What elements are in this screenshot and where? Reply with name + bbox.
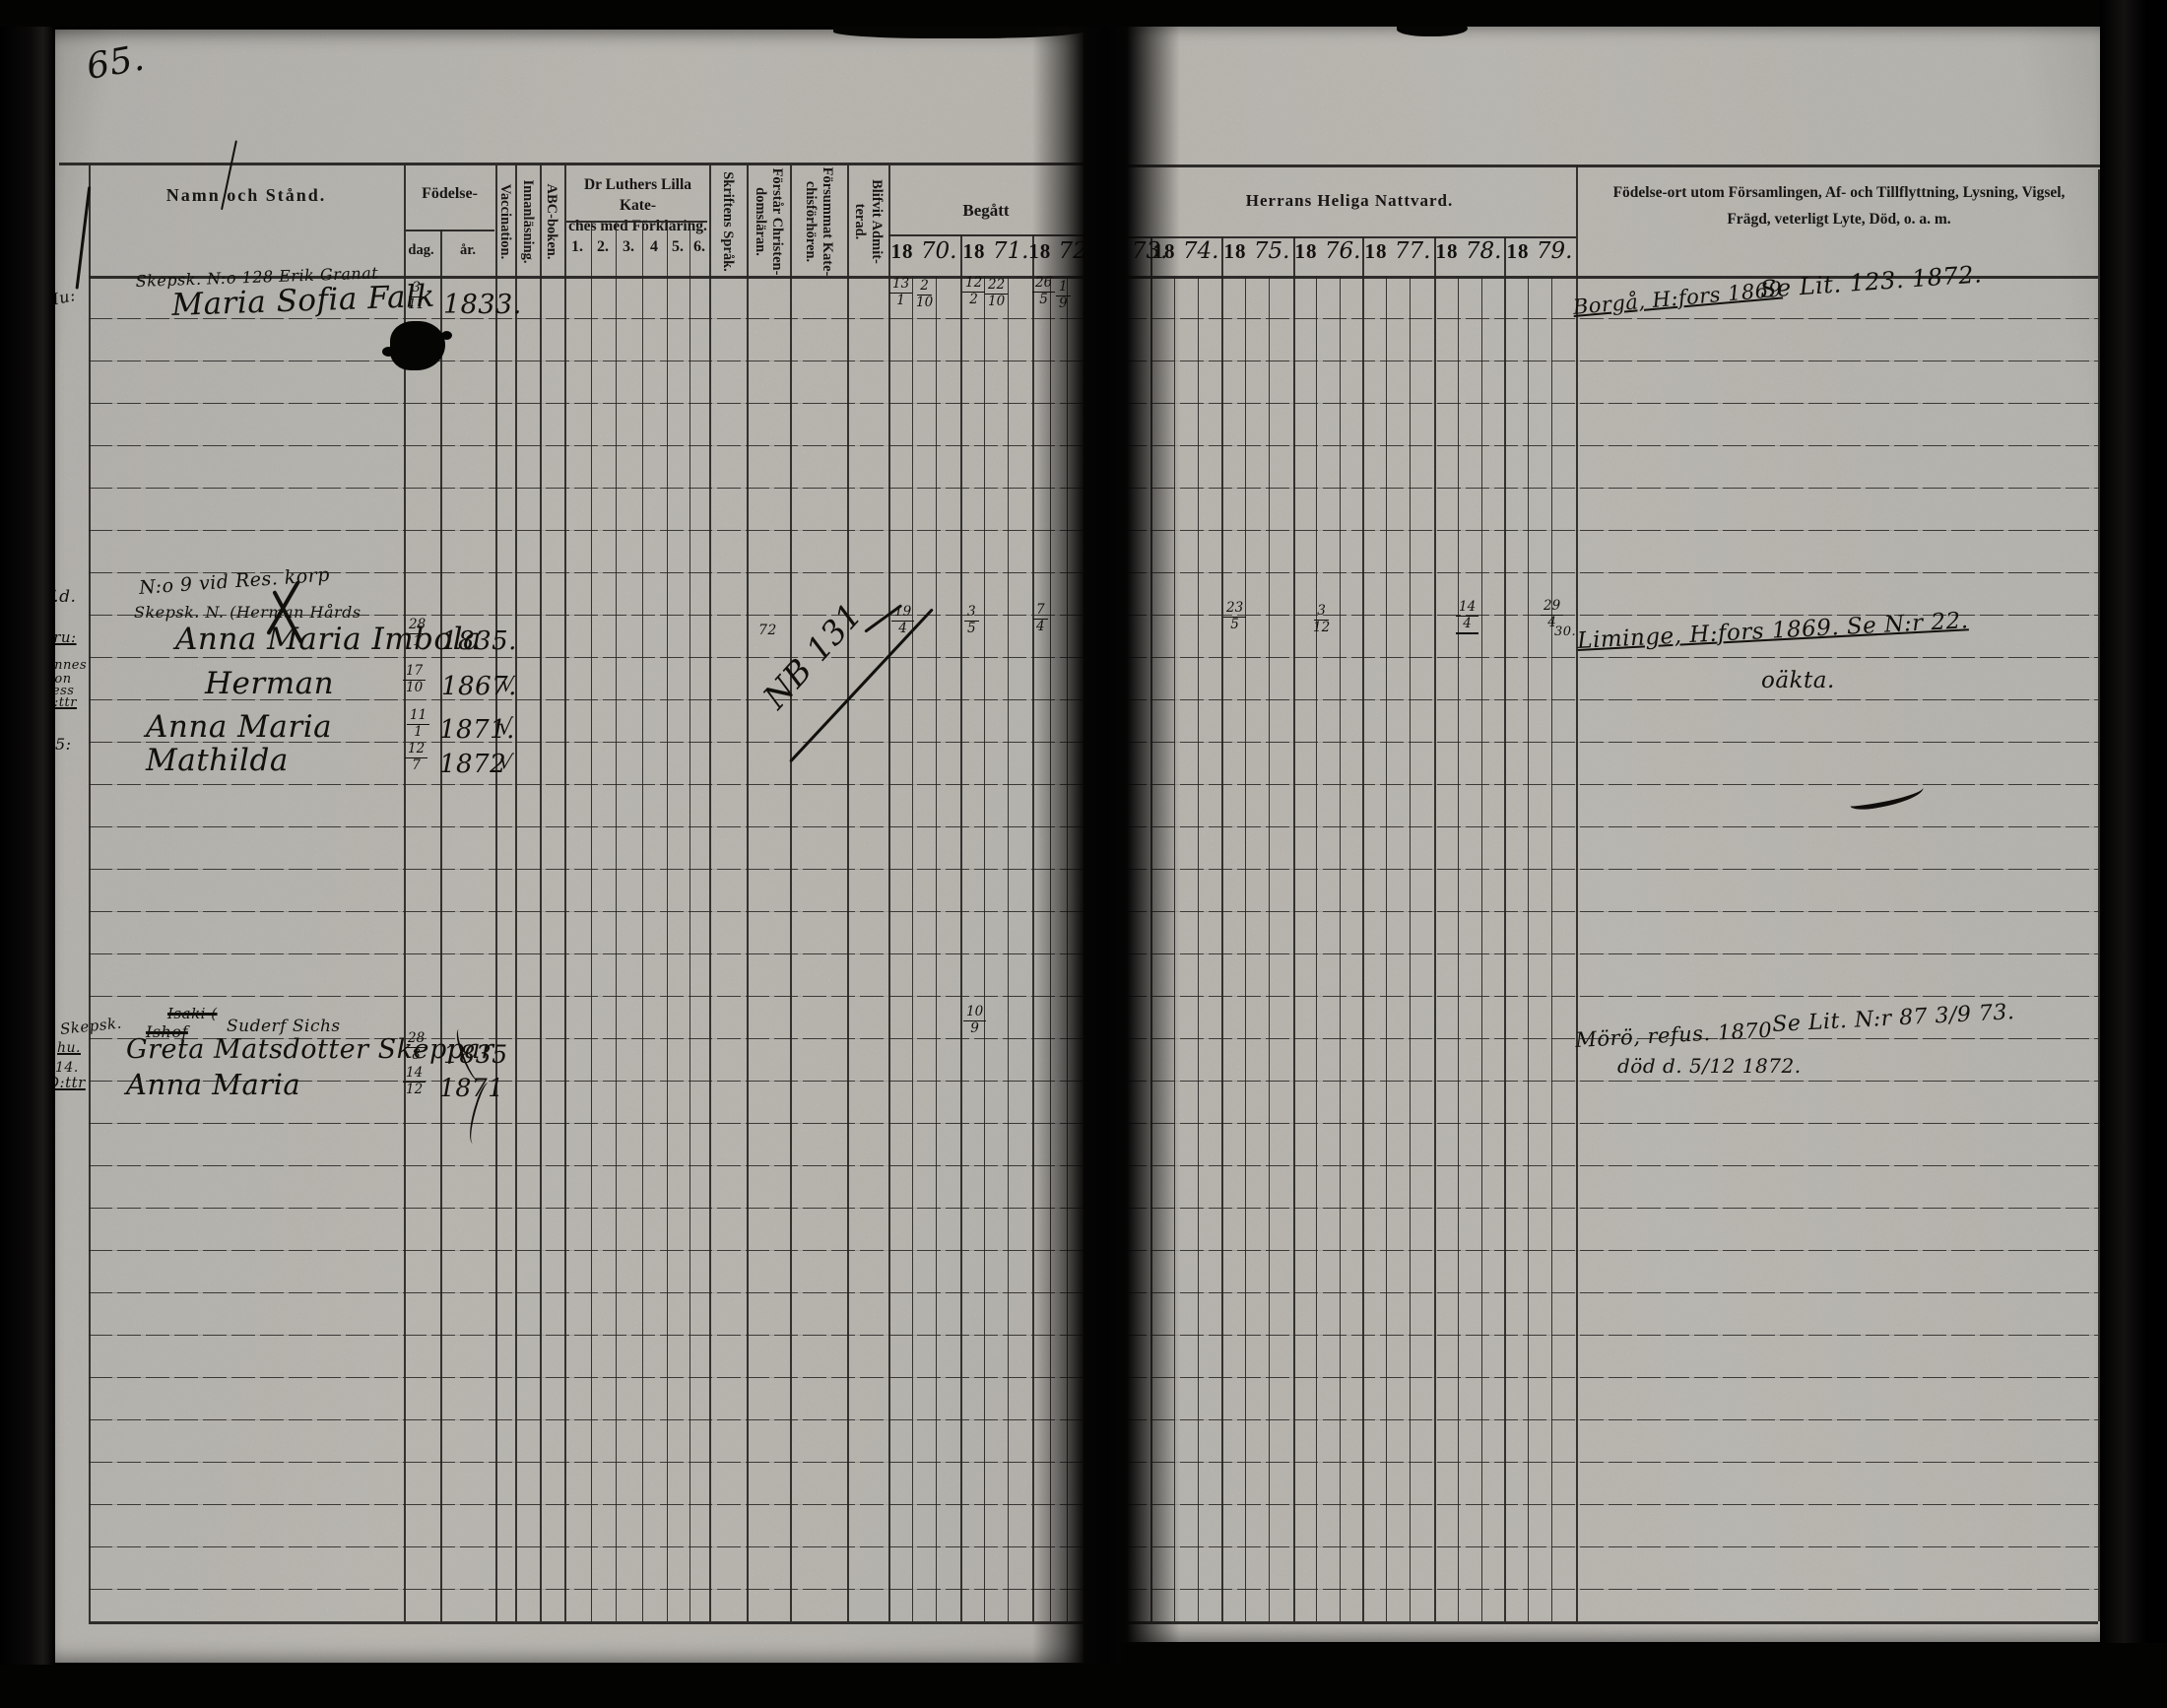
book-gutter [1032, 0, 1180, 1708]
scan-border-left [0, 0, 55, 1708]
scanned-ledger-spread: Namn och Stånd. Födelse- dag. år. Vaccin… [0, 0, 2167, 1708]
right-page [1123, 25, 2103, 1642]
scan-border-bottom-right [1121, 1643, 2167, 1708]
scan-border-right [2100, 0, 2167, 1708]
left-page [54, 30, 1083, 1663]
scan-border-top [0, 0, 2167, 27]
